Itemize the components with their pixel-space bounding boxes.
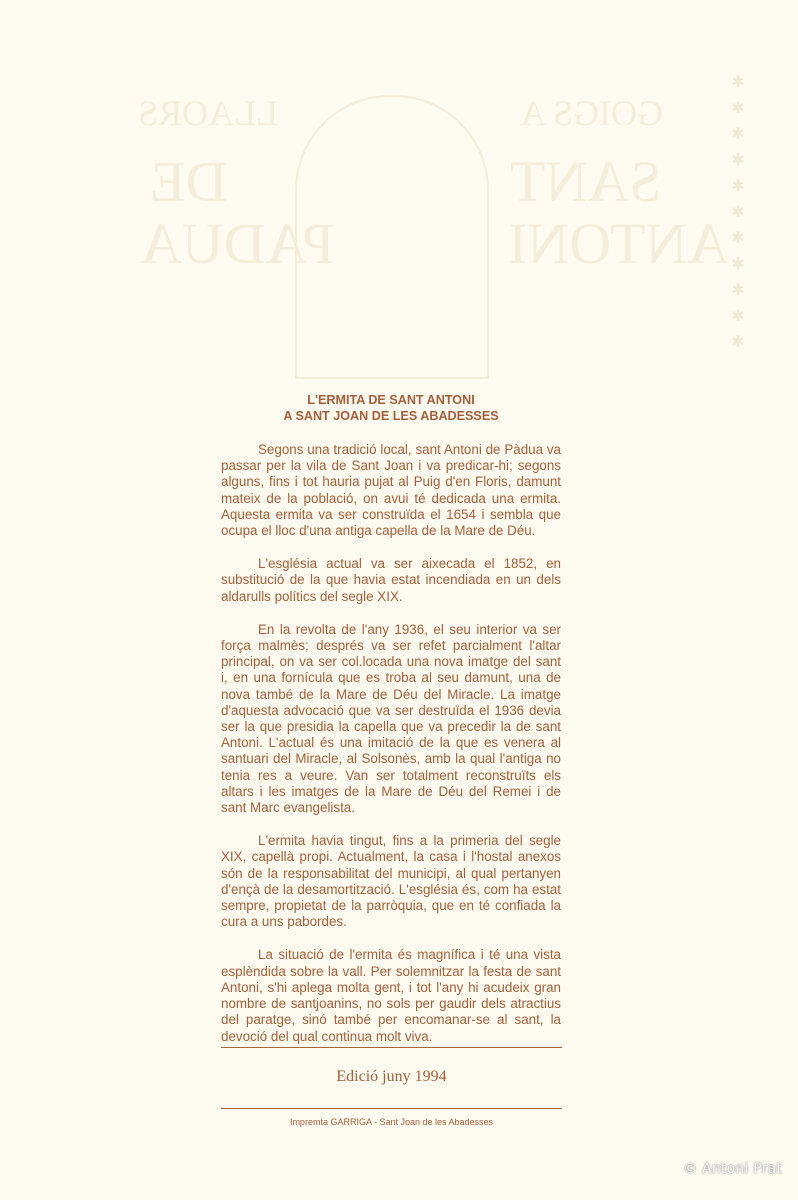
ghost-text: GOIGS A	[520, 92, 663, 134]
paragraph-3: En la revolta de l'any 1936, el seu inte…	[221, 622, 561, 816]
divider-top	[221, 1047, 562, 1048]
article: L'ERMITA DE SANT ANTONI A SANT JOAN DE L…	[221, 392, 561, 1062]
edition-label: Edició juny 1994	[221, 1068, 562, 1086]
article-title: L'ERMITA DE SANT ANTONI A SANT JOAN DE L…	[221, 392, 561, 424]
ghost-text: ANTONI	[508, 210, 729, 277]
printer-credit: Impremta GARRIGA - Sant Joan de les Abad…	[221, 1117, 562, 1127]
reverse-side-show-through: GOIGS A SANT ANTONI LLAORS DE PADUA ✱✱✱✱…	[0, 0, 798, 400]
copyright-watermark: © Antoni Prat	[683, 1161, 782, 1177]
ghost-text: DE	[150, 148, 227, 215]
title-line-2: A SANT JOAN DE LES ABADESSES	[221, 408, 561, 424]
title-line-1: L'ERMITA DE SANT ANTONI	[221, 392, 561, 408]
ghost-text: PADUA	[140, 210, 334, 277]
divider-bottom	[221, 1108, 562, 1109]
ghost-star-column: ✱✱✱✱✱✱✱✱✱✱✱	[728, 70, 748, 356]
paragraph-5: La situació de l'ermita és magnífica i t…	[221, 947, 561, 1044]
ghost-text: LLAORS	[138, 92, 278, 134]
ghost-text: SANT	[510, 148, 661, 215]
ghost-arch-frame	[295, 95, 489, 379]
paragraph-1: Segons una tradició local, sant Antoni d…	[221, 442, 561, 539]
paragraph-4: L'ermita havia tingut, fins a la primeri…	[221, 833, 561, 930]
paragraph-2: L'església actual va ser aixecada el 185…	[221, 556, 561, 605]
